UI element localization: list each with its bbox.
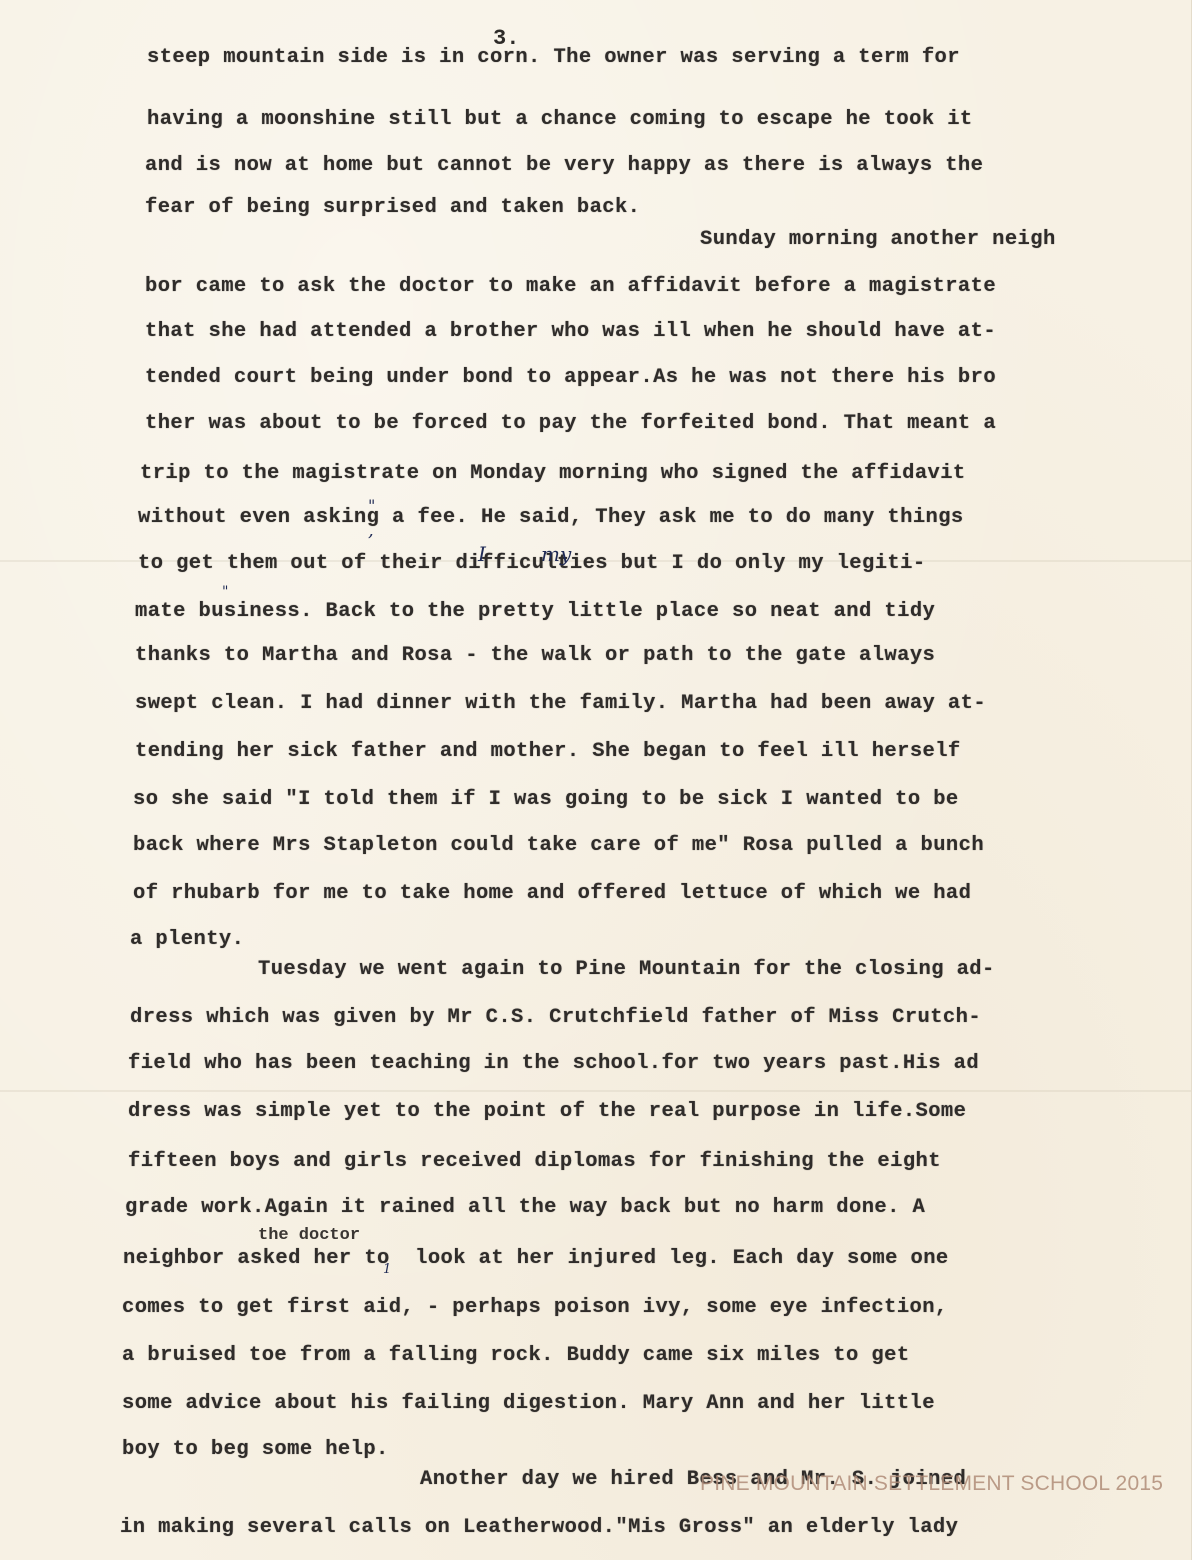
text-line: mate business. Back to the pretty little… (135, 600, 935, 623)
handwritten-quote-mark: " (368, 496, 375, 515)
text-line: boy to beg some help. (122, 1438, 389, 1461)
text-line: fifteen boys and girls received diplomas… (128, 1150, 941, 1173)
text-line: steep mountain side is in corn. The owne… (147, 46, 960, 69)
text-line: Tuesday we went again to Pine Mountain f… (258, 958, 995, 981)
watermark: PINE MOUNTAIN SETTLEMENT SCHOOL 2015 (700, 1472, 1163, 1496)
text-line: swept clean. I had dinner with the famil… (135, 692, 986, 715)
text-line: grade work.Again it rained all the way b… (125, 1196, 925, 1219)
text-line: so she said "I told them if I was going … (133, 788, 959, 811)
text-line: dress which was given by Mr C.S. Crutchf… (130, 1006, 981, 1029)
text-line: thanks to Martha and Rosa - the walk or … (135, 644, 935, 667)
paper-fold (0, 1090, 1191, 1092)
text-line: neighbor asked her to look at her injure… (123, 1247, 949, 1270)
text-line: a bruised toe from a falling rock. Buddy… (122, 1344, 910, 1367)
text-line: bor came to ask the doctor to make an af… (145, 275, 996, 298)
text-line: and is now at home but cannot be very ha… (145, 154, 983, 177)
text-line: fear of being surprised and taken back. (145, 196, 640, 219)
text-line: comes to get first aid, - perhaps poison… (122, 1296, 948, 1319)
handwritten-i: I (478, 542, 486, 566)
text-line: without even asking a fee. He said, They… (138, 506, 964, 529)
text-line: back where Mrs Stapleton could take care… (133, 834, 984, 857)
insertion-caret: 1 (383, 1262, 391, 1277)
text-line: some advice about his failing digestion.… (122, 1392, 935, 1415)
handwritten-comma: , (368, 520, 374, 541)
handwritten-my: my (541, 542, 571, 566)
text-line: a plenty. (130, 928, 244, 951)
text-line: ther was about to be forced to pay the f… (145, 412, 996, 435)
text-line: that she had attended a brother who was … (145, 320, 996, 343)
handwritten-quote-mark: " (222, 584, 228, 600)
text-line: trip to the magistrate on Monday morning… (140, 462, 966, 485)
text-line: having a moonshine still but a chance co… (147, 108, 973, 131)
text-line: Sunday morning another neigh (700, 228, 1056, 251)
text-line: dress was simple yet to the point of the… (128, 1100, 966, 1123)
text-line: tended court being under bond to appear.… (145, 366, 996, 389)
text-line: field who has been teaching in the schoo… (128, 1052, 979, 1075)
text-line: in making several calls on Leatherwood."… (120, 1516, 958, 1539)
text-line: of rhubarb for me to take home and offer… (133, 882, 971, 905)
typewritten-page: 3. steep mountain side is in corn. The o… (0, 0, 1192, 1560)
text-line: to get them out of their difficulties bu… (138, 552, 926, 575)
text-line: tending her sick father and mother. She … (135, 740, 961, 763)
typed-insertion: the doctor (258, 1226, 360, 1245)
